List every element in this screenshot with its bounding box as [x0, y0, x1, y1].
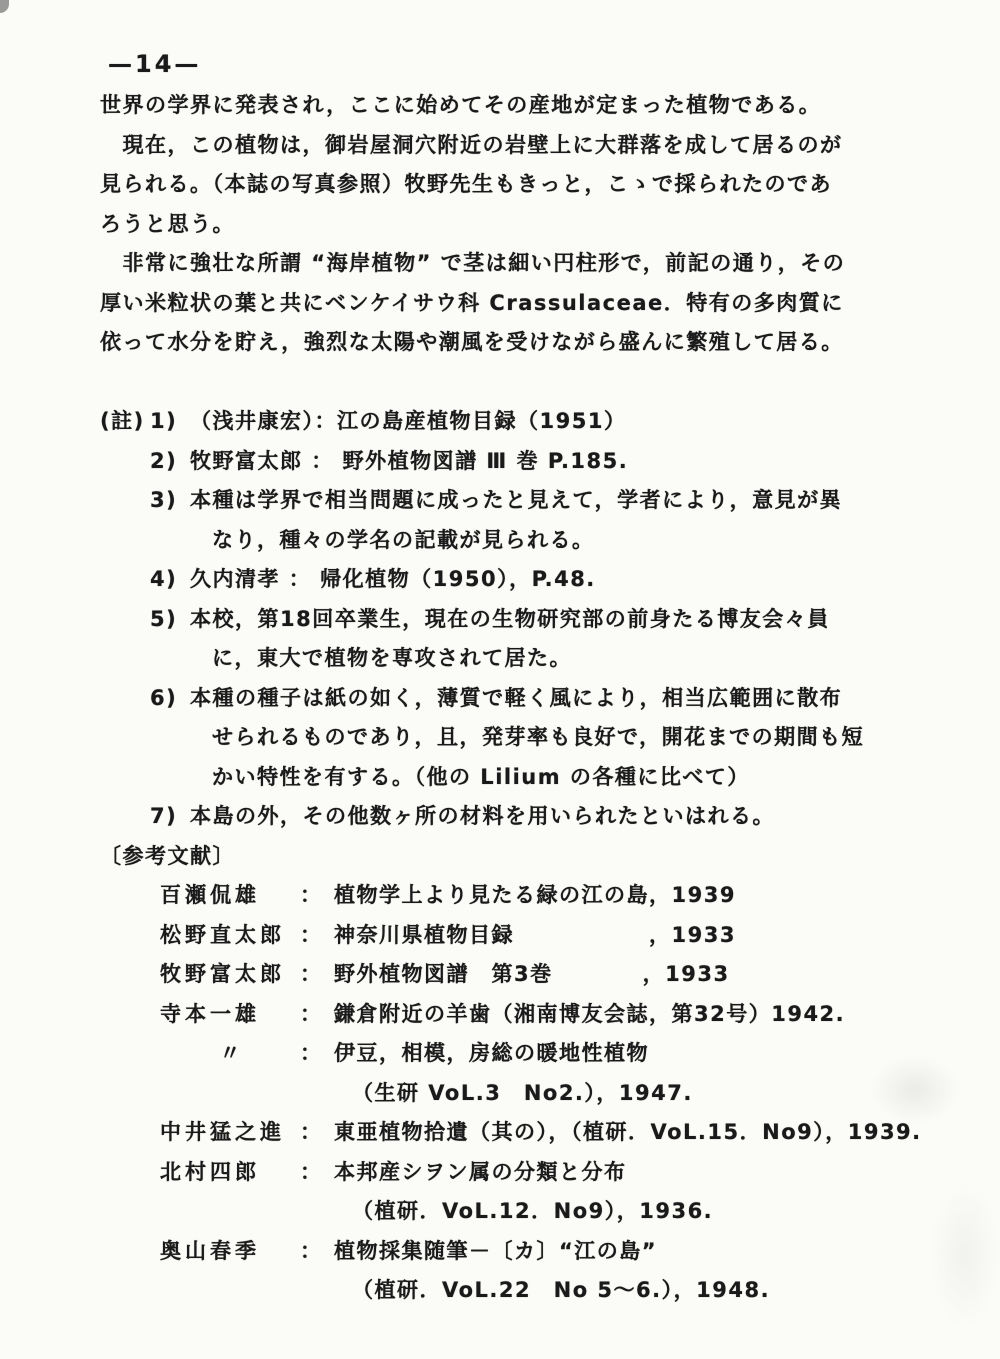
note-number: 4) [150, 560, 190, 600]
reference-colon: ： [300, 1034, 334, 1074]
reference-line: 東亜植物拾遺（其の），（植研．VoL.15．No9），1939. [334, 1113, 930, 1153]
note-line: 本種は学界で相当問題に成ったと見えて，学者により，意見が異 [190, 481, 930, 521]
para2-line: 依って水分を貯え，強烈な太陽や潮風を受けながら盛んに繁殖して居る。 [100, 323, 930, 363]
note-item: 6) 本種の種子は紙の如く，薄質で軽く風により，相当広範囲に散布 せられるもので… [100, 679, 930, 798]
reference-line: 鎌倉附近の羊歯（湘南博友会誌，第32号）1942. [334, 995, 930, 1035]
reference-line: （植研．VoL.12．No9），1936. [352, 1192, 930, 1232]
para1-line: 見られる。（本誌の写真参照）牧野先生もきっと，こゝで採られたのであ [100, 165, 930, 205]
scanned-document-page: —14— 世界の学界に発表され，ここに始めてその産地が定まった植物である。 現在… [0, 0, 1000, 1359]
reference-text: 植物採集随筆－〔カ〕“江の島” （植研．VoL.22 No 5〜6.），1948… [334, 1232, 930, 1311]
reference-item: 寺本一雄 ： 鎌倉附近の羊歯（湘南博友会誌，第32号）1942. [160, 995, 930, 1035]
scan-corner-artifact [0, 0, 9, 13]
note-item: 3) 本種は学界で相当問題に成ったと見えて，学者により，意見が異 なり，種々の学… [100, 481, 930, 560]
reference-text: 植物学上より見たる緑の江の島，1939 [334, 876, 930, 916]
reference-item: 百瀬侃雄 ： 植物学上より見たる緑の江の島，1939 [160, 876, 930, 916]
reference-item: 牧野富太郎 ： 野外植物図譜 第3巻 ，1933 [160, 955, 930, 995]
note-line: 本種の種子は紙の如く，薄質で軽く風により，相当広範囲に散布 [190, 679, 930, 719]
note-text: 本島の外，その他数ヶ所の材料を用いられたといはれる。 [190, 797, 930, 837]
reference-colon: ： [300, 1232, 334, 1272]
para1-line: 現在，この植物は，御岩屋洞穴附近の岩壁上に大群落を成して居るのが [100, 126, 930, 166]
note-line: 本校，第18回卒業生，現在の生物研究部の前身たる博友会々員 [190, 600, 930, 640]
reference-author: 寺本一雄 [160, 995, 300, 1035]
reference-text: 東亜植物拾遺（其の），（植研．VoL.15．No9），1939. [334, 1113, 930, 1153]
note-item: 2) 牧野富太郎 ： 野外植物図譜 Ⅲ 巻 P.185. [100, 442, 930, 482]
reference-author: 奥山春季 [160, 1232, 300, 1272]
page-number: —14— [108, 50, 201, 78]
note-text: 本種の種子は紙の如く，薄質で軽く風により，相当広範囲に散布 せられるものであり，… [190, 679, 930, 798]
note-number: 2) [150, 442, 190, 482]
note-line: なり，種々の学名の記載が見られる。 [212, 521, 930, 561]
reference-line: 伊豆，相模，房総の暖地性植物 [334, 1034, 930, 1074]
para2-line: 非常に強壮な所謂 “海岸植物” で茎は細い円柱形で，前記の通り，その [100, 244, 930, 284]
reference-colon: ： [300, 1113, 334, 1153]
note-line: 牧野富太郎 ： 野外植物図譜 Ⅲ 巻 P.185. [190, 442, 930, 482]
para1-line: ろうと思う。 [100, 205, 930, 245]
reference-colon: ： [300, 955, 334, 995]
note-line: 久内清孝 ： 帰化植物（1950），P.48. [190, 560, 930, 600]
note-line: に，東大で植物を専攻されて居た。 [212, 639, 930, 679]
reference-author: 牧野富太郎 [160, 955, 300, 995]
reference-line: 神奈川県植物目録 ，1933 [334, 916, 930, 956]
document-body: 世界の学界に発表され，ここに始めてその産地が定まった植物である。 現在，この植物… [100, 86, 930, 1311]
reference-text: 神奈川県植物目録 ，1933 [334, 916, 930, 956]
reference-line: 植物学上より見たる緑の江の島，1939 [334, 876, 930, 916]
reference-item: 松野直太郎 ： 神奈川県植物目録 ，1933 [160, 916, 930, 956]
reference-text: 野外植物図譜 第3巻 ，1933 [334, 955, 930, 995]
note-number: 5) [150, 600, 190, 640]
note-item: (註) 1) （浅井康宏）：江の島産植物目録（1951） [100, 402, 930, 442]
reference-line: 植物採集随筆－〔カ〕“江の島” [334, 1232, 930, 1272]
reference-text: 伊豆，相模，房総の暖地性植物 （生研 VoL.3 No2.），1947. [334, 1034, 930, 1113]
reference-colon: ： [300, 1153, 334, 1193]
note-line: かい特性を有する。（他の Lilium の各種に比べて） [212, 758, 930, 798]
reference-colon: ： [300, 876, 334, 916]
para2-line: 厚い米粒状の葉と共にベンケイサウ科 Crassulaceae．特有の多肉質に [100, 284, 930, 324]
reference-item: 北村四郎 ： 本邦産シヲン属の分類と分布 （植研．VoL.12．No9），193… [160, 1153, 930, 1232]
notes-label: (註) [100, 402, 150, 442]
note-item: 7) 本島の外，その他数ヶ所の材料を用いられたといはれる。 [100, 797, 930, 837]
reference-text: 本邦産シヲン属の分類と分布 （植研．VoL.12．No9），1936. [334, 1153, 930, 1232]
reference-line: 野外植物図譜 第3巻 ，1933 [334, 955, 930, 995]
reference-item: 〃 ： 伊豆，相模，房総の暖地性植物 （生研 VoL.3 No2.），1947. [160, 1034, 930, 1113]
reference-line: 本邦産シヲン属の分類と分布 [334, 1153, 930, 1193]
reference-author-ditto-mark: 〃 [160, 1034, 300, 1074]
reference-text: 鎌倉附近の羊歯（湘南博友会誌，第32号）1942. [334, 995, 930, 1035]
note-line: （浅井康宏）：江の島産植物目録（1951） [190, 402, 930, 442]
reference-author: 北村四郎 [160, 1153, 300, 1193]
note-number: 6) [150, 679, 190, 719]
reference-item: 中井猛之進 ： 東亜植物拾遺（其の），（植研．VoL.15．No9），1939. [160, 1113, 930, 1153]
note-text: 牧野富太郎 ： 野外植物図譜 Ⅲ 巻 P.185. [190, 442, 930, 482]
para1-line: 世界の学界に発表され，ここに始めてその産地が定まった植物である。 [100, 86, 930, 126]
reference-colon: ： [300, 995, 334, 1035]
reference-colon: ： [300, 916, 334, 956]
reference-author: 中井猛之進 [160, 1113, 300, 1153]
note-item: 5) 本校，第18回卒業生，現在の生物研究部の前身たる博友会々員 に，東大で植物… [100, 600, 930, 679]
note-text: 本種は学界で相当問題に成ったと見えて，学者により，意見が異 なり，種々の学名の記… [190, 481, 930, 560]
note-line: 本島の外，その他数ヶ所の材料を用いられたといはれる。 [190, 797, 930, 837]
note-text: （浅井康宏）：江の島産植物目録（1951） [190, 402, 930, 442]
references-heading: 〔参考文献〕 [100, 837, 930, 877]
reference-line: （植研．VoL.22 No 5〜6.），1948. [352, 1271, 930, 1311]
reference-author: 百瀬侃雄 [160, 876, 300, 916]
scan-smudge [930, 1180, 1000, 1330]
note-number: 3) [150, 481, 190, 521]
reference-author: 松野直太郎 [160, 916, 300, 956]
note-number: 1) [150, 402, 190, 442]
note-text: 本校，第18回卒業生，現在の生物研究部の前身たる博友会々員 に，東大で植物を専攻… [190, 600, 930, 679]
blank-line [100, 363, 930, 403]
reference-line: （生研 VoL.3 No2.），1947. [352, 1074, 930, 1114]
note-item: 4) 久内清孝 ： 帰化植物（1950），P.48. [100, 560, 930, 600]
reference-item: 奥山春季 ： 植物採集随筆－〔カ〕“江の島” （植研．VoL.22 No 5〜6… [160, 1232, 930, 1311]
note-number: 7) [150, 797, 190, 837]
note-line: せられるものであり，且，発芽率も良好で，開花までの期間も短 [212, 718, 930, 758]
note-text: 久内清孝 ： 帰化植物（1950），P.48. [190, 560, 930, 600]
